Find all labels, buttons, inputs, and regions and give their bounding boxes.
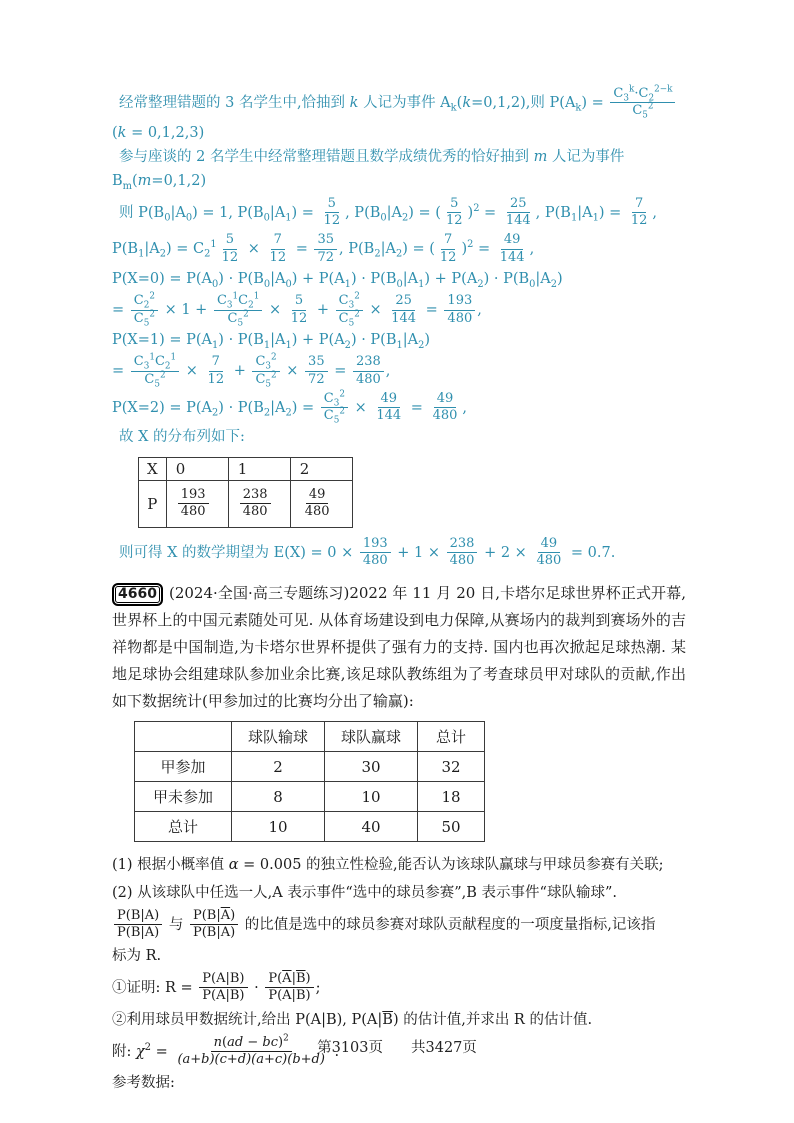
text-run: ) · P(B [351, 332, 397, 348]
subscript: 5 [334, 416, 340, 426]
superscript: 2 [648, 102, 654, 112]
question-line: 标为 R. [112, 943, 686, 969]
numerator: 49 [501, 232, 524, 249]
text-run: ) 的估计值,并求出 R 的估计值. [393, 1012, 592, 1028]
numerator: 238 [353, 354, 384, 371]
text-run: 7 [444, 232, 452, 247]
denominator: C52 [225, 311, 252, 327]
text-run: 则 P(B [119, 205, 164, 221]
text-run: P(B|A) [117, 908, 159, 923]
fraction: 49480 [533, 536, 564, 570]
text-run: 49 [504, 232, 521, 247]
denominator: C52 [629, 103, 656, 119]
text-run: = 0,1,2,3) [126, 125, 204, 141]
text-run: 12 [222, 250, 239, 265]
text-run: 35 [317, 232, 334, 247]
fraction: 25144 [388, 293, 419, 327]
text-run: ·C [634, 86, 648, 101]
denominator: 480 [240, 504, 271, 520]
denominator: P(B|A) [190, 925, 238, 941]
text-run: 238 [450, 536, 475, 551]
text-run: 12 [440, 250, 457, 265]
denominator: 72 [305, 372, 328, 388]
text-run: = [112, 363, 129, 379]
text-run: P( [117, 925, 131, 940]
text-run: |B) [226, 988, 245, 1003]
text-run: = [421, 302, 442, 318]
numerator: 49 [434, 391, 457, 408]
superscript: 2 [354, 309, 360, 319]
table-cell: 球队输球 [232, 722, 325, 752]
numerator: P(B|A) [190, 908, 238, 925]
text-run: 480 [363, 553, 388, 568]
numerator: 25 [392, 293, 415, 310]
fraction: C32C52 [321, 391, 348, 425]
fraction: 3572 [314, 232, 337, 266]
text-run: P(B| [193, 908, 221, 923]
fraction: 238480 [353, 354, 384, 388]
table-cell: 49480 [290, 480, 352, 527]
text-run: 参考数据: [112, 1075, 175, 1091]
text-run: |A [403, 332, 418, 348]
text-run: 经常整理错题的 3 名学生中,恰抽到 [119, 95, 350, 111]
solution-line: P(B1|A2) = C21512 × 712 = 3572, P(B2|A2)… [112, 231, 686, 267]
text-run: × [243, 241, 264, 257]
fraction: 49480 [430, 391, 461, 425]
text-run: ) + P(A [424, 271, 477, 287]
text-run: |A [270, 332, 285, 348]
numerator: C22 [131, 293, 158, 310]
denominator: 144 [388, 311, 419, 327]
solution-block-upper: 经常整理错题的 3 名学生中,恰抽到 k 人记为事件 Ak(k=0,1,2),则… [112, 85, 686, 450]
table-cell: 0 [166, 457, 228, 480]
text-run: ) [230, 925, 235, 940]
denominator: 12 [205, 372, 228, 388]
subscript: 2 [204, 249, 210, 260]
subscript: 3 [144, 362, 150, 372]
text-run: 144 [506, 213, 531, 228]
text-run: 144 [391, 311, 416, 326]
denominator: 12 [628, 213, 651, 229]
text-run: = [473, 241, 494, 257]
superscript: 2 [354, 292, 360, 302]
math-variable: α [229, 857, 239, 873]
text-run: (2) 从该球队中任选一人,A 表示事件“选中的球员参赛”,B 表示事件“球队输… [112, 885, 617, 901]
text-run: 标为 R. [112, 948, 161, 964]
question-line: 参考数据: [112, 1070, 686, 1096]
text-run: = [406, 400, 427, 416]
text-run: C [134, 311, 144, 326]
fraction: 193480 [178, 487, 209, 521]
solution-line: P(X=0) = P(A0) · P(B0|A0) + P(A1) · P(B0… [112, 268, 686, 291]
text-run: P(A|B) [202, 971, 244, 986]
text-run: |A [270, 400, 285, 416]
numerator: 7 [441, 232, 455, 249]
math-variable: m [138, 173, 152, 189]
superscript: 2 [149, 292, 155, 302]
text-run: 12 [631, 213, 648, 228]
text-run: = 0.005 的独立性检验,能否认为该球队赢球与甲球员参赛有关联; [239, 857, 664, 873]
numerator: 238 [240, 487, 271, 504]
table-cell: 30 [325, 752, 418, 782]
fraction: 512 [321, 196, 344, 230]
denominator: 12 [219, 250, 242, 266]
text-run: = [291, 241, 312, 257]
problem-source: (2024·全国·高三专题练习) [169, 584, 349, 602]
numerator: 5 [292, 293, 306, 310]
problem-body-text: 2022 年 11 月 20 日,卡塔尔足球世界杯正式开幕,世界杯上的中国元素随… [112, 584, 686, 710]
text-run: × [365, 302, 386, 318]
distribution-table: X 0 1 2 P 193480 238480 49480 [138, 457, 353, 528]
text-run: 故 X 的分布列如下: [119, 429, 245, 445]
subscript: 3 [623, 94, 629, 104]
text-run: 5 [328, 196, 336, 211]
overline-variable: B [296, 971, 306, 986]
fraction: 512 [219, 232, 242, 266]
overline-variable: A [216, 988, 225, 1003]
text-run: 35 [308, 354, 325, 369]
text-run: P( [268, 971, 282, 986]
text-run: 144 [376, 408, 401, 423]
table-row: 总计 10 40 50 [135, 812, 485, 842]
question-line: ①证明: R = P(A|B)P(A|B) · P(A|B)P(A|B); [112, 970, 686, 1006]
text-run: ) + P(A [292, 271, 345, 287]
text-run: 7 [212, 354, 220, 369]
text-run: 144 [500, 250, 525, 265]
text-run: ) [557, 271, 563, 287]
table-cell: 球队赢球 [325, 722, 418, 752]
overline-variable: A [221, 925, 230, 940]
text-run: × [350, 400, 371, 416]
fraction: C32C52 [252, 354, 279, 388]
fraction: P(A|B)P(A|B) [199, 971, 247, 1005]
text-run: 49 [381, 391, 398, 406]
numerator: 7 [271, 232, 285, 249]
table-row: X 0 1 2 [139, 457, 353, 480]
superscript: 2 [271, 370, 277, 380]
text-run: 7 [635, 196, 643, 211]
text-run: 5 [226, 232, 234, 247]
text-run: |A [403, 271, 418, 287]
text-run: ) [424, 332, 430, 348]
numerator: 5 [223, 232, 237, 249]
solution-line: 则可得 X 的数学期望为 E(X) = 0 × 193480 + 1 × 238… [112, 535, 686, 571]
subscript: 2 [165, 362, 171, 372]
text-run: |A [577, 205, 592, 221]
superscript: 2 [339, 390, 345, 400]
table-cell: 1 [228, 457, 290, 480]
table-cell: 238480 [228, 480, 290, 527]
numerator: 49 [378, 391, 401, 408]
denominator: 12 [437, 250, 460, 266]
subscript: 5 [154, 379, 160, 389]
superscript: 1 [210, 239, 216, 250]
text-run: 12 [270, 250, 287, 265]
subscript: 5 [237, 318, 243, 328]
text-run: ) [230, 908, 235, 923]
fraction: 238480 [447, 536, 478, 570]
denominator: 72 [314, 250, 337, 266]
denominator: 144 [497, 250, 528, 266]
fraction: P(A|B)P(A|B) [265, 971, 313, 1005]
text-run: , P(B [339, 241, 374, 257]
denominator: 480 [360, 553, 391, 569]
overline-variable: B [382, 1012, 393, 1028]
fraction: 193480 [444, 293, 475, 327]
superscript: 1 [254, 292, 260, 302]
text-run: C [144, 372, 154, 387]
table-cell: X [139, 457, 167, 480]
text-run: 72 [308, 372, 325, 387]
table-cell: 18 [418, 782, 485, 812]
question-line: P(B|A)P(B|A) 与 P(B|A)P(B|A) 的比值是选中的球员参赛对… [112, 907, 686, 943]
text-run: 238 [356, 354, 381, 369]
text-run: (1) 根据小概率值 [112, 857, 229, 873]
superscript: 2 [271, 353, 277, 363]
text-run: |A [535, 271, 550, 287]
fraction: 712 [437, 232, 460, 266]
denominator: 480 [302, 504, 333, 520]
text-run: 480 [536, 553, 561, 568]
fraction: P(B|A)P(B|A) [114, 908, 162, 942]
text-run: 则可得 X 的数学期望为 E(X) = 0 × [119, 545, 358, 561]
text-run: C [339, 311, 349, 326]
text-run: + 2 × [479, 545, 531, 561]
text-run: P(X=0) = P(A [112, 271, 212, 287]
numerator: C32 [321, 391, 348, 408]
denominator: 12 [288, 311, 311, 327]
numerator: 5 [325, 196, 339, 213]
text-run: = [479, 205, 500, 221]
text-run: 5 [450, 196, 458, 211]
text-run: |A [270, 205, 285, 221]
text-run: = [112, 302, 129, 318]
text-run: × 1 + [160, 302, 212, 318]
superscript: 2 [160, 370, 166, 380]
subscript: 5 [642, 111, 648, 121]
text-run: C [217, 293, 227, 308]
fraction: P(B|A)P(B|A) [190, 908, 238, 942]
superscript: 1 [171, 353, 177, 363]
table-cell: 40 [325, 812, 418, 842]
denominator: 480 [447, 553, 478, 569]
text-run: × [181, 363, 202, 379]
fraction: 49144 [497, 232, 528, 266]
numerator: 7 [209, 354, 223, 371]
table-row: 甲参加 2 30 32 [135, 752, 485, 782]
text-run: ) [306, 971, 311, 986]
solution-block-expectation: 则可得 X 的数学期望为 E(X) = 0 × 193480 + 1 × 238… [112, 535, 686, 571]
denominator: 12 [443, 213, 466, 229]
denominator: C52 [336, 311, 363, 327]
fraction: C31C21C52 [214, 293, 262, 327]
table-row: 球队输球 球队赢球 总计 [135, 722, 485, 752]
text-run: C [255, 372, 265, 387]
numerator: P(B|A) [114, 908, 162, 925]
text-run: · [250, 980, 264, 996]
text-run: 72 [317, 250, 334, 265]
text-run: 参与座谈的 2 名学生中经常整理错题且数学成绩优秀的恰好抽到 [119, 149, 534, 165]
text-run: ) = C [166, 241, 204, 257]
numerator: 5 [447, 196, 461, 213]
text-run: 12 [291, 311, 308, 326]
table-cell: P [139, 480, 167, 527]
text-run: 480 [433, 408, 458, 423]
solution-line: 故 X 的分布列如下: [112, 426, 686, 449]
text-run: = [330, 363, 351, 379]
fraction: 3572 [305, 354, 328, 388]
numerator: 193 [444, 293, 475, 310]
denominator: 480 [353, 372, 384, 388]
overline-variable: A [282, 971, 291, 986]
numerator: C31C21 [214, 293, 262, 310]
text-run: ) + P(A [292, 332, 345, 348]
denominator: 480 [430, 408, 461, 424]
overline-variable: B [207, 925, 217, 940]
text-run: ②利用球员甲数据统计,给出 P(A|B), P(A| [112, 1012, 382, 1028]
fraction: C3k·C22−kC52 [610, 86, 675, 120]
problem-statement: 4660(2024·全国·高三专题练习)2022 年 11 月 20 日,卡塔尔… [112, 580, 686, 715]
text-run: ①证明: R = [112, 980, 197, 996]
denominator: 12 [321, 213, 344, 229]
text-run: 480 [356, 372, 381, 387]
page-footer: 第3103页共3427页 [0, 1036, 794, 1057]
table-cell: 甲未参加 [135, 782, 232, 812]
text-run: P(A| [268, 988, 296, 1003]
solution-line: Bm(m=0,1,2) [112, 170, 686, 193]
text-run: 的比值是选中的球员参赛对球队贡献程度的一项度量指标,记该指 [240, 916, 655, 932]
overline-variable: B [296, 988, 306, 1003]
text-run: , [462, 400, 467, 416]
text-run: |A [381, 241, 396, 257]
numerator: 25 [507, 196, 530, 213]
text-run: ) · P(B [218, 400, 264, 416]
text-run: 25 [510, 196, 527, 211]
superscript: 2−k [654, 85, 672, 95]
text-run: C [134, 293, 144, 308]
table-cell: 总计 [418, 722, 485, 752]
numerator: P(A|B) [199, 971, 247, 988]
text-run: 与 [164, 916, 188, 932]
numerator: C32 [252, 354, 279, 371]
numerator: 193 [360, 536, 391, 553]
page-number: 第3103页 [317, 1040, 383, 1056]
table-cell: 2 [232, 752, 325, 782]
text-run: 480 [447, 311, 472, 326]
solution-line: (k = 0,1,2,3) [112, 122, 686, 145]
text-run: ) = ( [408, 205, 441, 221]
text-run: =0,1,2),则 P(A [471, 95, 575, 111]
denominator: 480 [178, 504, 209, 520]
text-run: ) · P(B [484, 271, 530, 287]
table-cell: 甲参加 [135, 752, 232, 782]
numerator: 7 [632, 196, 646, 213]
numerator: 35 [314, 232, 337, 249]
text-run: ) · P(B [218, 332, 264, 348]
table-cell: 总计 [135, 812, 232, 842]
text-run: 人记为事件 [547, 149, 624, 165]
denominator: P(A|B) [265, 988, 313, 1004]
table-cell: 32 [418, 752, 485, 782]
table-cell: 10 [325, 782, 418, 812]
numerator: 193 [178, 487, 209, 504]
fraction: C31C21C52 [131, 354, 179, 388]
text-run: C [155, 354, 165, 369]
text-run: =0,1,2) [151, 173, 206, 189]
text-run: C [134, 354, 144, 369]
solution-line: = C22C52 × 1 + C31C21C52 × 512 + C32C52 … [112, 292, 686, 328]
text-run: C [238, 293, 248, 308]
text-run: B [112, 173, 123, 189]
numerator: 49 [306, 487, 329, 504]
fraction: 25144 [503, 196, 534, 230]
text-run: , [386, 363, 391, 379]
text-run: P( [202, 988, 216, 1003]
fraction: 512 [288, 293, 311, 327]
text-run: + [229, 363, 250, 379]
subscript: m [123, 181, 132, 192]
text-run: + 1 × [393, 545, 445, 561]
text-run: 193 [447, 293, 472, 308]
text-run: 5 [295, 293, 303, 308]
solution-line: P(X=2) = P(A2) · P(B2|A2) = C32C52 × 491… [112, 390, 686, 426]
fraction: 49480 [302, 487, 333, 521]
text-run: |A [170, 205, 185, 221]
superscript: 2 [339, 407, 345, 417]
fraction: 512 [443, 196, 466, 230]
subscript: 2 [248, 301, 254, 311]
numerator: C3k·C22−k [610, 86, 675, 103]
solution-line: P(X=1) = P(A1) · P(B1|A1) + P(A2) · P(B1… [112, 329, 686, 352]
text-run: 25 [395, 293, 412, 308]
superscript: 2 [243, 309, 249, 319]
text-run: ) = [292, 205, 319, 221]
denominator: 144 [373, 408, 404, 424]
text-run: 193 [363, 536, 388, 551]
table-row: 甲未参加 8 10 18 [135, 782, 485, 812]
subscript: 5 [265, 379, 271, 389]
text-run: , P(B [536, 205, 571, 221]
page-content: 经常整理错题的 3 名学生中,恰抽到 k 人记为事件 Ak(k=0,1,2),则… [112, 84, 686, 1097]
solution-line: 经常整理错题的 3 名学生中,恰抽到 k 人记为事件 Ak(k=0,1,2),则… [112, 85, 686, 121]
text-run: C [324, 391, 334, 406]
denominator: 480 [444, 311, 475, 327]
text-run: , [530, 241, 535, 257]
text-run: P(X=1) = P(A [112, 332, 212, 348]
table-row: P 193480 238480 49480 [139, 480, 353, 527]
text-run: C [228, 311, 238, 326]
document-page: 经常整理错题的 3 名学生中,恰抽到 k 人记为事件 Ak(k=0,1,2),则… [0, 0, 794, 1123]
page-total: 共3427页 [411, 1040, 477, 1056]
text-run: |A [387, 205, 402, 221]
superscript: 2 [149, 309, 155, 319]
text-run: 49 [437, 391, 454, 406]
text-run: 49 [541, 536, 558, 551]
table-cell: 2 [290, 457, 352, 480]
solution-line: = C31C21C52 × 712 + C32C52 × 3572 = 2384… [112, 353, 686, 389]
denominator: C52 [252, 372, 279, 388]
numerator: P(A|B) [265, 971, 313, 988]
solution-line: 参与座谈的 2 名学生中经常整理错题且数学成绩优秀的恰好抽到 m 人记为事件 [112, 146, 686, 169]
text-run: |A) [140, 925, 159, 940]
text-run: ) [306, 988, 311, 1003]
math-variable: k [462, 95, 471, 111]
question-line: ②利用球员甲数据统计,给出 P(A|B), P(A|B) 的估计值,并求出 R … [112, 1007, 686, 1033]
text-run: C [255, 354, 265, 369]
text-run: ) = [292, 400, 319, 416]
text-run: 480 [450, 553, 475, 568]
denominator: P(A|B) [199, 988, 247, 1004]
